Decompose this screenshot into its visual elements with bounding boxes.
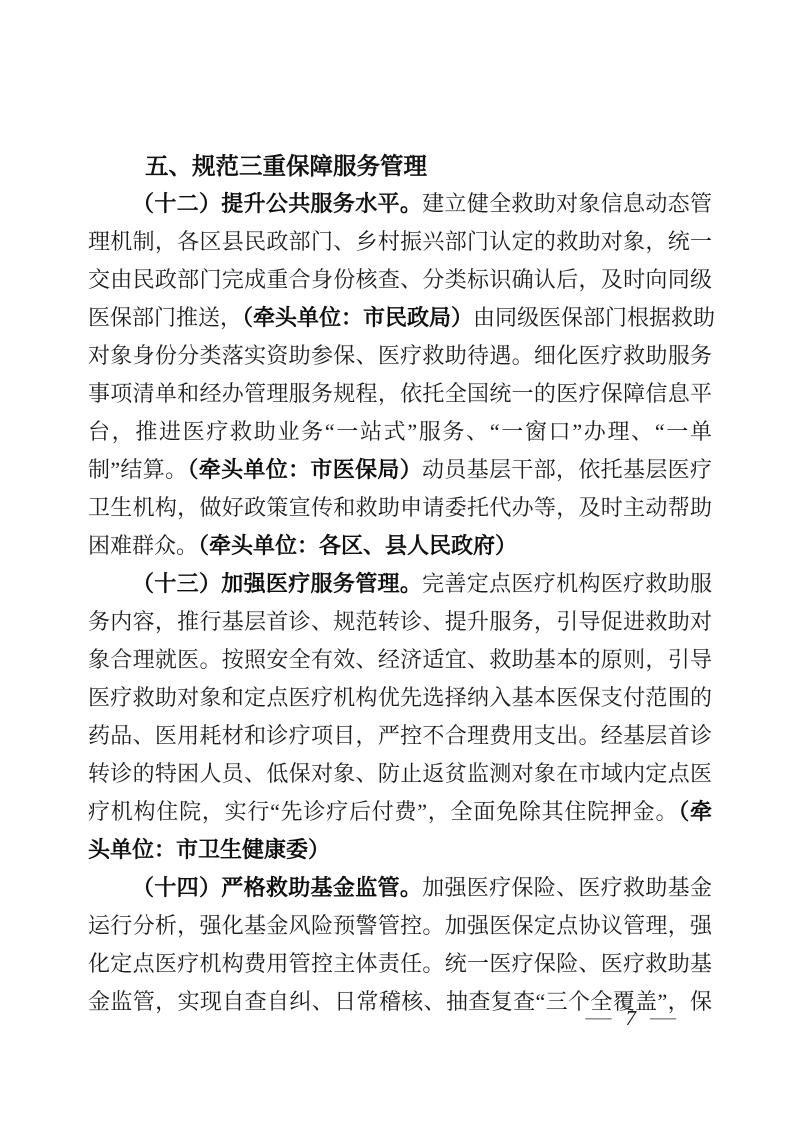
text-line: 医疗救助对象和定点医疗机构优先选择纳入基本医保支付范围的 [88, 679, 712, 717]
text-line: 事项清单和经办管理服务规程，依托全国统一的医疗保障信息平 [88, 375, 712, 413]
bold-text-segment: （牵 [678, 799, 712, 824]
text-line: （十四）严格救助基金监管。加强医疗保险、医疗救助基金 [88, 869, 712, 907]
text-segment: 象合理就医。按照安全有效、经济适宜、救助基本的原则，引导 [88, 647, 712, 672]
paragraph-14: （十四）严格救助基金监管。加强医疗保险、医疗救助基金运行分析，强化基金风险预警管… [88, 869, 712, 1021]
text-segment: 理机制，各区县民政部门、乡村振兴部门认定的救助对象，统一 [88, 229, 712, 254]
text-segment: 由同级医保部门根据救助 [473, 305, 715, 330]
text-segment: 加强医疗保险、医疗救助基金 [422, 875, 712, 900]
text-line: 对象身份分类落实资助参保、医疗救助待遇。细化医疗救助服务 [88, 337, 712, 375]
bold-text-segment: 头单位：市卫生健康委） [88, 837, 330, 862]
text-segment: 交由民政部门完成重合身份核查、分类标识确认后，及时向同级 [88, 267, 712, 292]
text-line: 转诊的特困人员、低保对象、防止返贫监测对象在市域内定点医 [88, 755, 712, 793]
text-segment: 疗机构住院，实行“先诊疗后付费”，全面免除其住院押金。 [88, 799, 678, 824]
bold-text-segment: （十四）严格救助基金监管。 [132, 875, 422, 900]
bold-text-segment: （十三）加强医疗服务管理。 [132, 571, 422, 596]
text-segment: 建立健全救助对象信息动态管 [422, 191, 712, 216]
bold-text-segment: （十二）提升公共服务水平。 [132, 191, 422, 216]
text-line: 医保部门推送，（牵头单位：市民政局）由同级医保部门根据救助 [88, 299, 712, 337]
text-segment: 制”结算。 [88, 457, 187, 482]
text-segment: 卫生机构，做好政策宣传和救助申请委托代办等，及时主动帮助 [88, 495, 712, 520]
page-footer: — 7 — [0, 1004, 676, 1031]
text-line: 台，推进医疗救助业务“一站式”服务、“一窗口”办理、“一单 [88, 413, 712, 451]
text-line: 务内容，推行基层首诊、规范转诊、提升服务，引导促进救助对 [88, 603, 712, 641]
text-segment: 对象身份分类落实资助参保、医疗救助待遇。细化医疗救助服务 [88, 343, 712, 368]
text-segment: 动员基层干部，依托基层医疗 [422, 457, 712, 482]
bold-text-segment: （牵头单位：市民政局） [242, 305, 473, 330]
section-heading: 五、规范三重保障服务管理 [88, 147, 712, 185]
paragraph-12: （十二）提升公共服务水平。建立健全救助对象信息动态管理机制，各区县民政部门、乡村… [88, 185, 712, 565]
text-segment: 困难群众。 [88, 533, 198, 558]
bold-text-segment: （牵头单位：各区、县人民政府） [198, 533, 517, 558]
text-line: 疗机构住院，实行“先诊疗后付费”，全面免除其住院押金。（牵 [88, 793, 712, 831]
text-line: 象合理就医。按照安全有效、经济适宜、救助基本的原则，引导 [88, 641, 712, 679]
page-number: 7 [622, 1005, 641, 1031]
text-line: 卫生机构，做好政策宣传和救助申请委托代办等，及时主动帮助 [88, 489, 712, 527]
text-segment: 医保部门推送， [88, 305, 242, 330]
text-line: 药品、医用耗材和诊疗项目，严控不合理费用支出。经基层首诊 [88, 717, 712, 755]
text-line: （十三）加强医疗服务管理。完善定点医疗机构医疗救助服 [88, 565, 712, 603]
text-line: 交由民政部门完成重合身份核查、分类标识确认后，及时向同级 [88, 261, 712, 299]
text-line: 运行分析，强化基金风险预警管控。加强医保定点协议管理，强 [88, 907, 712, 945]
text-line: （十二）提升公共服务水平。建立健全救助对象信息动态管 [88, 185, 712, 223]
document-body: （十二）提升公共服务水平。建立健全救助对象信息动态管理机制，各区县民政部门、乡村… [88, 185, 712, 1021]
text-segment: 台，推进医疗救助业务“一站式”服务、“一窗口”办理、“一单 [88, 419, 712, 444]
document-page: 五、规范三重保障服务管理 （十二）提升公共服务水平。建立健全救助对象信息动态管理… [0, 0, 793, 1122]
text-segment: 转诊的特困人员、低保对象、防止返贫监测对象在市域内定点医 [88, 761, 712, 786]
text-line: 制”结算。（牵头单位：市医保局）动员基层干部，依托基层医疗 [88, 451, 712, 489]
text-line: 困难群众。（牵头单位：各区、县人民政府） [88, 527, 712, 565]
text-segment: 化定点医疗机构费用管控主体责任。统一医疗保险、医疗救助基 [88, 951, 712, 976]
text-segment: 务内容，推行基层首诊、规范转诊、提升服务，引导促进救助对 [88, 609, 712, 634]
bold-text-segment: （牵头单位：市医保局） [187, 457, 422, 482]
text-segment: 运行分析，强化基金风险预警管控。加强医保定点协议管理，强 [88, 913, 712, 938]
paragraph-13: （十三）加强医疗服务管理。完善定点医疗机构医疗救助服务内容，推行基层首诊、规范转… [88, 565, 712, 869]
text-segment: 医疗救助对象和定点医疗机构优先选择纳入基本医保支付范围的 [88, 685, 712, 710]
text-line: 头单位：市卫生健康委） [88, 831, 712, 869]
footer-dash-left: — [586, 1004, 612, 1030]
text-line: 化定点医疗机构费用管控主体责任。统一医疗保险、医疗救助基 [88, 945, 712, 983]
footer-dash-right: — [650, 1004, 676, 1030]
text-segment: 事项清单和经办管理服务规程，依托全国统一的医疗保障信息平 [88, 381, 712, 406]
text-segment: 药品、医用耗材和诊疗项目，严控不合理费用支出。经基层首诊 [88, 723, 712, 748]
text-segment: 完善定点医疗机构医疗救助服 [422, 571, 712, 596]
text-line: 理机制，各区县民政部门、乡村振兴部门认定的救助对象，统一 [88, 223, 712, 261]
